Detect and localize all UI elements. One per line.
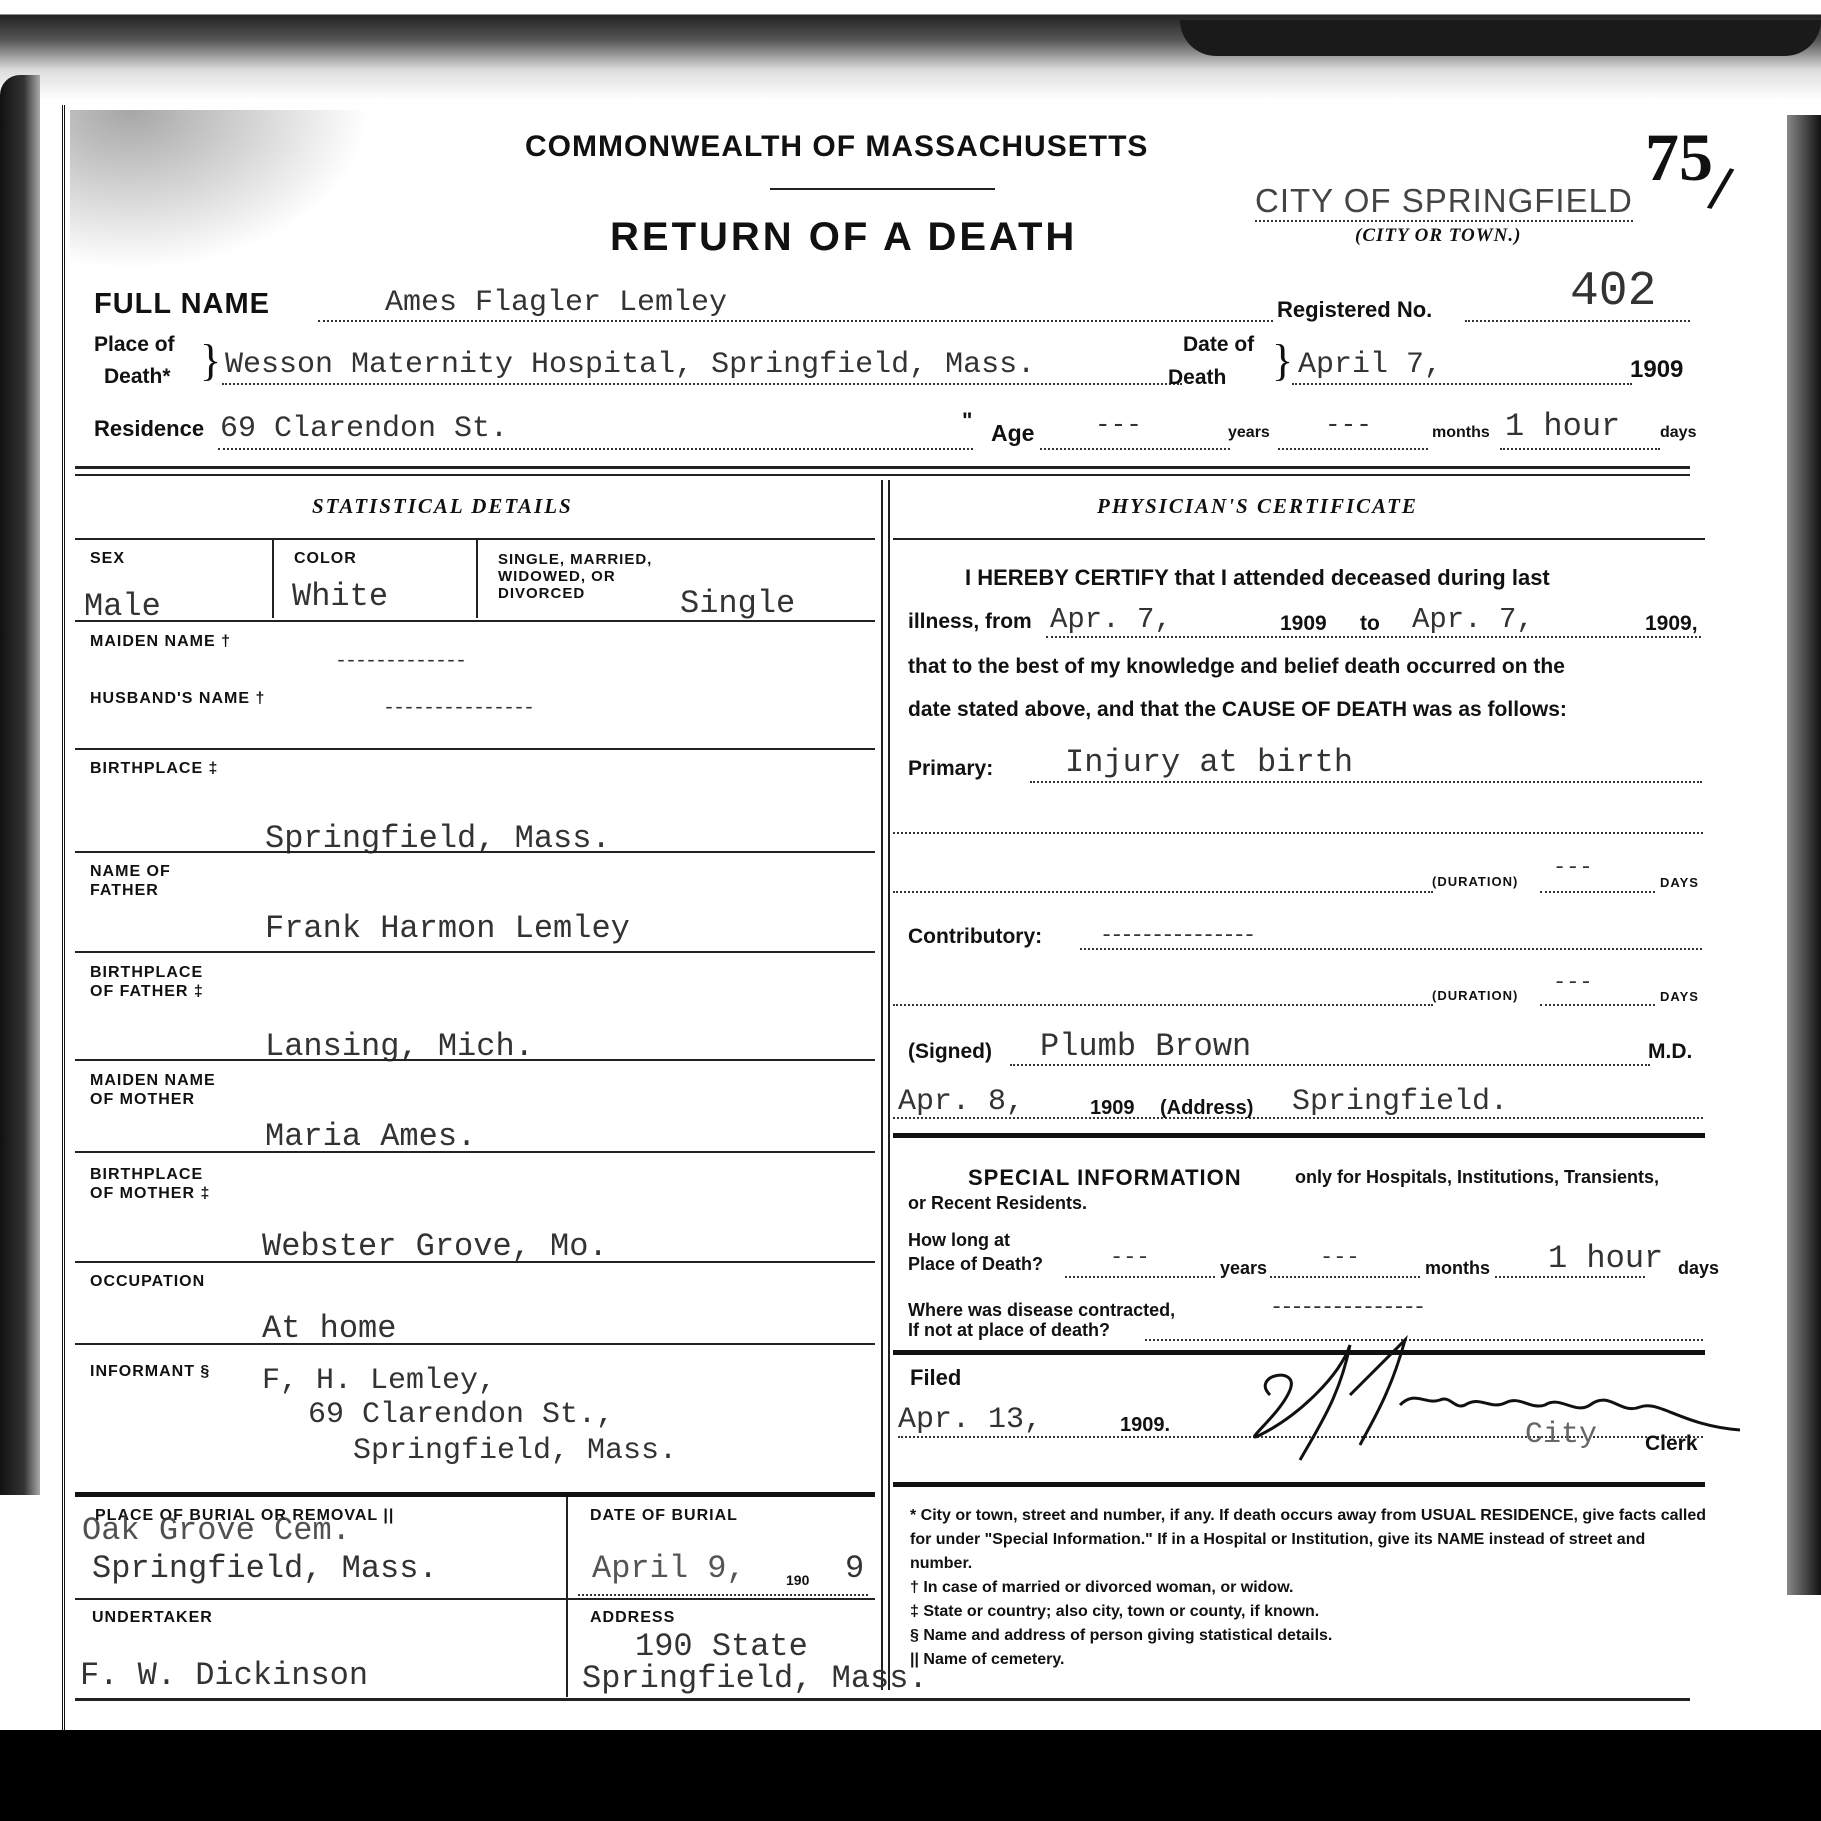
burial-date-label: DATE OF BURIAL [590, 1507, 738, 1525]
clerk-typed: City [1525, 1418, 1597, 1452]
special-info-heading: SPECIAL INFORMATION [968, 1165, 1242, 1191]
birthplace-label: BIRTHPLACE ‡ [90, 760, 218, 778]
undertaker-address-label: ADDRESS [590, 1609, 675, 1627]
primary-duration-days: DAYS [1660, 875, 1699, 890]
age-months-label: months [1432, 424, 1490, 442]
burial-column-divider [566, 1497, 568, 1697]
contributory-duration-days-line [1540, 1000, 1655, 1006]
stat-divider [75, 851, 875, 853]
filed-year: 1909. [1120, 1414, 1170, 1437]
where-contracted-value: --------------- [1270, 1295, 1423, 1320]
stat-divider [75, 620, 875, 622]
scan-top-shadow [1180, 20, 1821, 56]
color-marital-divider [476, 540, 478, 618]
md-label: M.D. [1648, 1040, 1692, 1064]
how-long-years: --- [1110, 1245, 1150, 1270]
sex-color-divider [272, 540, 274, 618]
maiden-name-value: ------------- [335, 650, 465, 673]
stat-divider [75, 1343, 875, 1345]
contributory-duration-label: (DURATION) [1432, 988, 1518, 1003]
stat-divider [75, 1261, 875, 1263]
primary-duration-label: (DURATION) [1432, 874, 1518, 889]
primary-duration-line [893, 887, 1433, 893]
clerk-signature [1240, 1335, 1780, 1465]
informant-street: 69 Clarendon St., [308, 1398, 614, 1432]
heading-rule [770, 188, 995, 190]
city-name: CITY OF SPRINGFIELD [1255, 182, 1633, 222]
footnote-cemetery: || Name of cemetery. [910, 1648, 1710, 1672]
footnote-married: † In case of married or divorced woman, … [910, 1576, 1710, 1600]
stat-divider [75, 748, 875, 750]
date-of-death-label-2: Death [1168, 366, 1226, 390]
certify-line-1: I HEREBY CERTIFY that I attended decease… [965, 565, 1550, 591]
brace-icon: } [1272, 335, 1293, 386]
husband-name-value: --------------- [383, 697, 533, 720]
stat-divider [75, 1059, 875, 1061]
registered-no-label: Registered No. [1277, 297, 1432, 323]
filed-label: Filed [910, 1365, 961, 1391]
header-divider-2 [75, 474, 1690, 476]
age-days-value: 1 hour [1505, 408, 1620, 445]
undertaker-value: F. W. Dickinson [80, 1657, 368, 1694]
special-info-heading-rest-2: or Recent Residents. [908, 1193, 1087, 1214]
illness-to-label: to [1360, 612, 1380, 636]
age-months-value: --- [1325, 410, 1372, 440]
color-value: White [292, 578, 388, 615]
full-name-value: Ames Flagler Lemley [385, 286, 727, 320]
illness-to-date: Apr. 7, [1412, 603, 1534, 636]
page-shadow [70, 110, 370, 270]
primary-cause-value: Injury at birth [1065, 744, 1353, 781]
footnote-informant: § Name and address of person giving stat… [910, 1624, 1710, 1648]
sign-year: 1909 [1090, 1097, 1135, 1120]
commonwealth-heading: COMMONWEALTH OF MASSACHUSETTS [525, 130, 1148, 164]
address-label: (Address) [1160, 1097, 1253, 1120]
residence-value: 69 Clarendon St. [220, 412, 508, 446]
stat-divider [75, 538, 875, 540]
contributory-label: Contributory: [908, 925, 1042, 949]
primary-duration-value: --- [1553, 855, 1593, 880]
certify-line-2: that to the best of my knowledge and bel… [908, 655, 1565, 679]
contributory-value: --------------- [1100, 923, 1253, 948]
illness-from-date: Apr. 7, [1050, 603, 1172, 636]
contributory-duration-days: DAYS [1660, 989, 1699, 1004]
mother-name-label: MAIDEN NAME OF MOTHER [90, 1071, 216, 1109]
burial-divider-2 [75, 1598, 875, 1600]
burial-date-value: April 9, [592, 1550, 746, 1587]
stat-divider [75, 1151, 875, 1153]
how-long-months-line [1270, 1272, 1420, 1278]
date-of-death-label-1: Date of [1183, 333, 1254, 357]
occupation-value: At home [262, 1310, 396, 1347]
contributory-duration-line [893, 1000, 1433, 1006]
burial-year-prefix: 190 [786, 1572, 809, 1588]
burial-year-suffix: 9 [845, 1550, 864, 1587]
date-of-death-year: 1909 [1630, 356, 1683, 384]
father-name-label: NAME OF FATHER [90, 862, 171, 900]
illness-from-year: 1909 [1280, 612, 1327, 636]
age-years-label: years [1228, 424, 1270, 442]
mother-birthplace-label: BIRTHPLACE OF MOTHER ‡ [90, 1165, 210, 1203]
special-info-heading-rest: only for Hospitals, Institutions, Transi… [1295, 1167, 1659, 1188]
how-long-years-label: years [1220, 1258, 1267, 1279]
phys-divider [893, 538, 1705, 540]
age-years-value: --- [1095, 410, 1142, 440]
burial-place-value-2: Springfield, Mass. [92, 1550, 438, 1587]
color-label: COLOR [294, 550, 357, 568]
primary-cause-line-2 [893, 828, 1703, 834]
how-long-months-label: months [1425, 1258, 1490, 1279]
mother-birthplace-value: Webster Grove, Mo. [262, 1228, 608, 1265]
signed-label: (Signed) [908, 1040, 992, 1064]
statistical-details-heading: STATISTICAL DETAILS [312, 494, 573, 519]
informant-city: Springfield, Mass. [353, 1434, 677, 1468]
full-name-label: FULL NAME [94, 288, 270, 321]
filed-thick-divider [893, 1482, 1705, 1487]
illness-from-label: illness, from [908, 610, 1032, 634]
burial-divider [75, 1492, 875, 1497]
page-number: 75 [1645, 118, 1713, 197]
book-binding-right [1787, 115, 1821, 1595]
marital-value: Single [680, 585, 795, 622]
mother-name-value: Maria Ames. [265, 1118, 476, 1155]
marital-label: SINGLE, MARRIED, WIDOWED, OR DIVORCED [498, 551, 652, 602]
sign-date: Apr. 8, [898, 1085, 1024, 1119]
bottom-rule [75, 1698, 1690, 1701]
maiden-name-label: MAIDEN NAME † [90, 633, 231, 651]
clerk-label: Clerk [1645, 1432, 1698, 1456]
physician-signature: Plumb Brown [1040, 1028, 1251, 1065]
brace-icon: } [200, 335, 221, 386]
column-divider [881, 480, 883, 1690]
footnotes: * City or town, street and number, if an… [910, 1504, 1710, 1672]
certify-line-3: date stated above, and that the CAUSE OF… [908, 698, 1567, 722]
informant-name: F, H. Lemley, [262, 1364, 496, 1398]
how-long-months: --- [1320, 1245, 1360, 1270]
how-long-days-label: days [1678, 1258, 1719, 1279]
place-of-death-value: Wesson Maternity Hospital, Springfield, … [225, 348, 1035, 382]
stat-divider [75, 951, 875, 953]
scan-bottom-edge [0, 1730, 1821, 1821]
footnote-state: ‡ State or country; also city, town or c… [910, 1600, 1710, 1624]
footnote-residence: * City or town, street and number, if an… [910, 1504, 1710, 1576]
registered-no-value: 402 [1570, 265, 1656, 319]
book-binding-left [0, 75, 40, 1495]
contributory-duration-value: --- [1553, 970, 1593, 995]
how-long-years-line [1065, 1272, 1215, 1278]
age-months-line [1278, 440, 1428, 450]
where-contracted-label: Where was disease contracted, If not at … [908, 1300, 1175, 1340]
ditto-mark: " [962, 408, 972, 434]
father-birthplace-label: BIRTHPLACE OF FATHER ‡ [90, 963, 204, 1001]
undertaker-label: UNDERTAKER [92, 1609, 213, 1627]
age-years-line [1040, 440, 1230, 450]
burial-place-value-1: Oak Grove Cem. [82, 1512, 351, 1549]
header-divider [75, 466, 1690, 469]
age-label: Age [991, 420, 1034, 447]
date-of-death-value: April 7, [1298, 348, 1442, 382]
undertaker-address-2: Springfield, Mass. [582, 1660, 928, 1697]
column-divider-2 [888, 480, 890, 1690]
how-long-label: How long at Place of Death? [908, 1228, 1043, 1276]
primary-duration-days-line [1540, 887, 1655, 893]
illness-to-year: 1909, [1645, 612, 1698, 636]
father-name-value: Frank Harmon Lemley [265, 910, 630, 947]
informant-label: INFORMANT § [90, 1363, 210, 1381]
page-title: RETURN OF A DEATH [610, 215, 1077, 260]
filed-date: Apr. 13, [898, 1403, 1042, 1437]
place-of-death-label-2: Death* [104, 365, 171, 389]
city-caption: (CITY OR TOWN.) [1355, 225, 1521, 247]
occupation-label: OCCUPATION [90, 1273, 205, 1291]
primary-cause-label: Primary: [908, 757, 993, 781]
husband-name-label: HUSBAND'S NAME † [90, 690, 265, 708]
burial-date-line [578, 1590, 868, 1596]
how-long-days: 1 hour [1548, 1240, 1663, 1277]
physician-address: Springfield. [1292, 1085, 1508, 1119]
place-of-death-label-1: Place of [94, 333, 175, 357]
sex-label: SEX [90, 550, 125, 568]
phys-thick-divider [893, 1133, 1705, 1138]
age-days-label: days [1660, 424, 1696, 442]
physician-certificate-heading: PHYSICIAN'S CERTIFICATE [1097, 494, 1418, 519]
residence-label: Residence [94, 416, 204, 442]
